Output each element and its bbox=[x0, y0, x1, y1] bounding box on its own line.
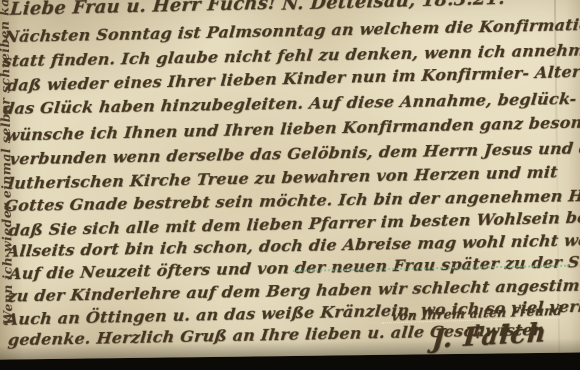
salutation: Liebe Frau u. Herr Fuchs! bbox=[9, 0, 277, 20]
place-date: N. Dettelsau, 18.3.21. bbox=[281, 0, 506, 15]
handwriting-line: das Glück haben hinzubegleiten. Auf dies… bbox=[2, 89, 577, 118]
postcard-scan: Liebe Frau u. Herr Fuchs! N. Dettelsau, … bbox=[0, 0, 580, 360]
